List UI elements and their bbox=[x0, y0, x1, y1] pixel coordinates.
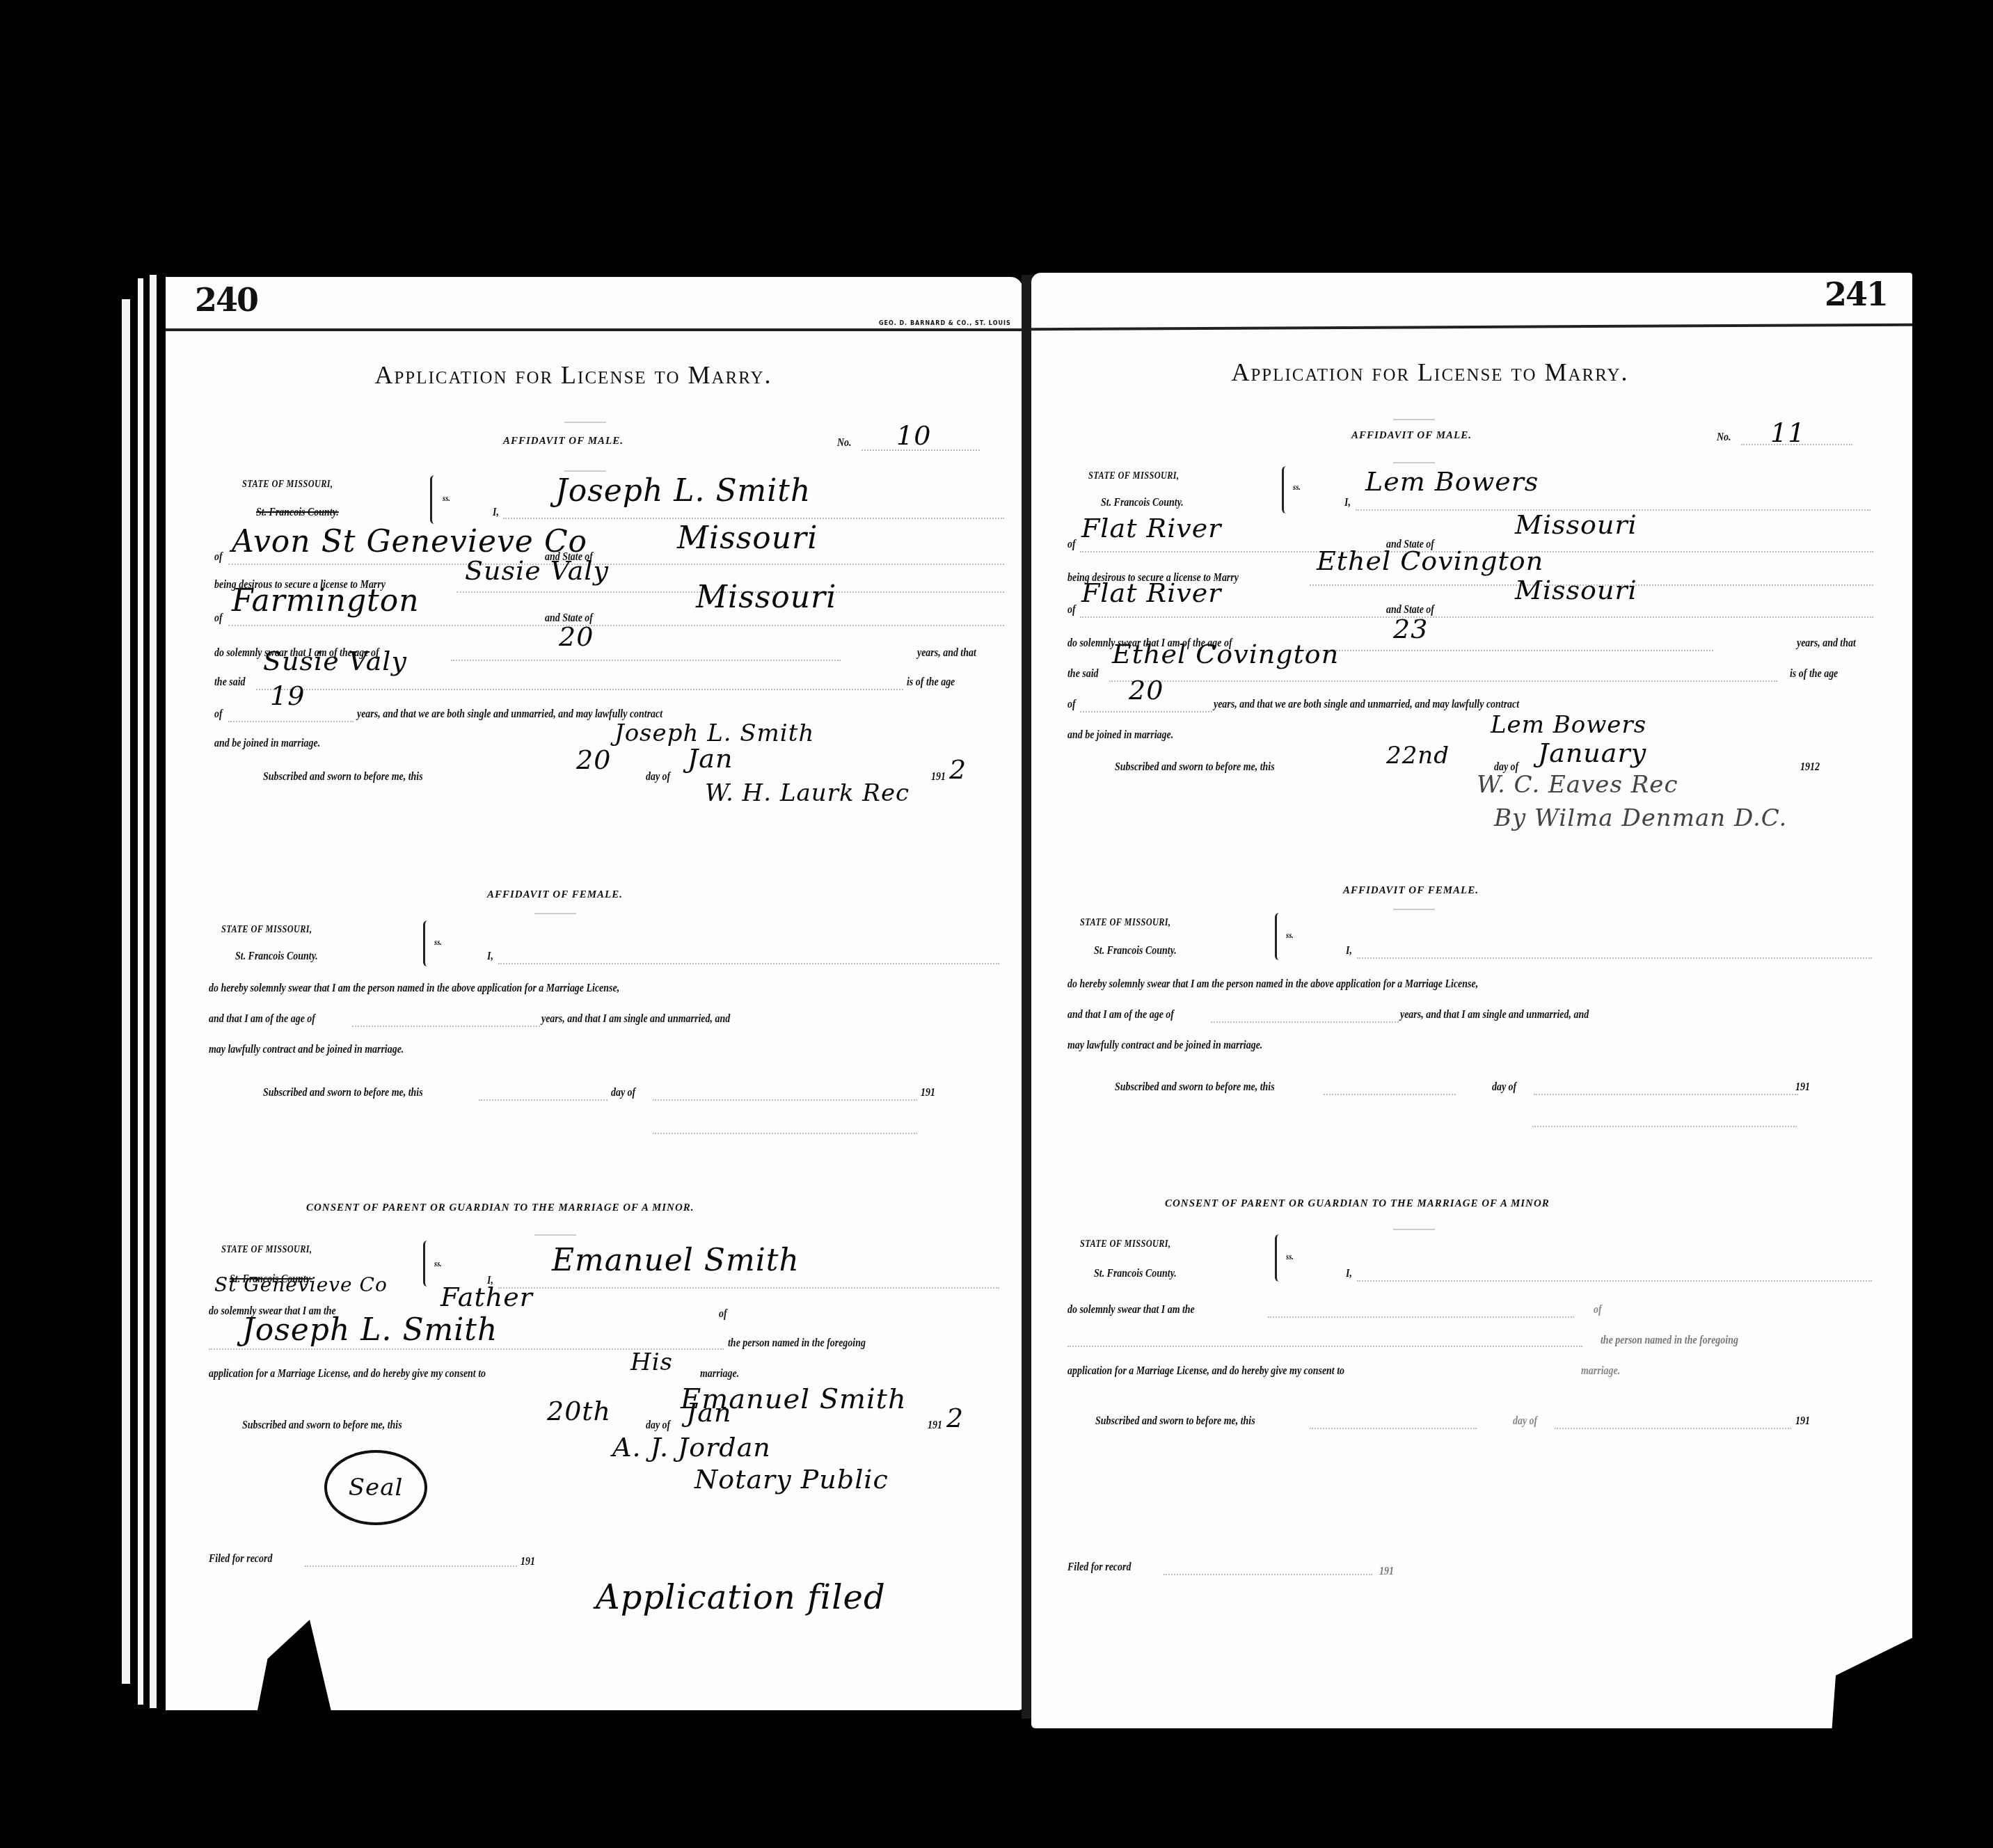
day-of-label: day of bbox=[1513, 1414, 1537, 1428]
month-field-line bbox=[1534, 1094, 1798, 1095]
pronoun: His bbox=[630, 1348, 673, 1376]
bride-residence: Farmington bbox=[232, 583, 420, 619]
said-field-line bbox=[256, 689, 903, 690]
recorder-signature: W. C. Eaves Rec bbox=[1477, 771, 1678, 799]
of-label: of bbox=[1067, 603, 1076, 616]
state-label: STATE OF MISSOURI, bbox=[242, 479, 333, 491]
ss-label: ss. bbox=[1293, 481, 1301, 493]
seal-text: Seal bbox=[349, 1474, 404, 1501]
day-of-label: day of bbox=[646, 770, 670, 783]
bracket bbox=[423, 921, 434, 966]
age-field-line bbox=[451, 660, 841, 661]
subscribed-text: Subscribed and sworn to before me, this bbox=[1095, 1414, 1255, 1428]
minor-field-line bbox=[1067, 1346, 1582, 1347]
said-name: Ethel Covington bbox=[1112, 639, 1339, 669]
county-written: St Genevieve Co bbox=[214, 1273, 388, 1296]
county-label: St. Francois County. bbox=[235, 949, 318, 963]
the-said-label: the said bbox=[1067, 667, 1099, 680]
page-title: Application for License to Marry. bbox=[145, 360, 1002, 390]
notary-name: A. J. Jordan bbox=[612, 1432, 771, 1463]
page-number: 240 bbox=[195, 281, 257, 319]
state-label: STATE OF MISSOURI, bbox=[1088, 470, 1180, 482]
subscribed-text: Subscribed and sworn to before me, this bbox=[1115, 760, 1275, 774]
the-said-label: the said bbox=[214, 675, 246, 689]
divider bbox=[534, 913, 576, 914]
bracket bbox=[430, 475, 440, 524]
sworn-day: 20th bbox=[547, 1396, 611, 1426]
year-prefix: 191 bbox=[1795, 1080, 1810, 1094]
person-named-text: the person named in the foregoing bbox=[1601, 1333, 1738, 1347]
divider bbox=[1393, 462, 1435, 463]
bride-residence-line bbox=[228, 625, 1004, 626]
marriage-label: marriage. bbox=[1581, 1364, 1620, 1378]
sworn-month: Jan bbox=[688, 743, 733, 774]
oath-line-2a: and that I am of the age of bbox=[209, 1012, 315, 1026]
bride-age: 20 bbox=[1129, 675, 1164, 706]
divider bbox=[534, 1234, 576, 1236]
application-text: application for a Marriage License, and … bbox=[1067, 1364, 1344, 1378]
subscribed-text: Subscribed and sworn to before me, this bbox=[242, 1418, 402, 1432]
name-field-line bbox=[1357, 957, 1872, 959]
day-field-line bbox=[1324, 1094, 1456, 1095]
applicant-signature: Lem Bowers bbox=[1491, 711, 1646, 739]
filed-date-line bbox=[1164, 1574, 1372, 1575]
is-of-age-label: is of the age bbox=[907, 675, 955, 689]
said-field-line bbox=[1109, 680, 1777, 682]
deputy-signature: By Wilma Denman D.C. bbox=[1494, 804, 1787, 832]
bride-age-line bbox=[228, 721, 354, 722]
person-named-text: the person named in the foregoing bbox=[728, 1336, 866, 1350]
name-field-line bbox=[1357, 1280, 1872, 1282]
county-label: St. Francois County. bbox=[1094, 1266, 1177, 1280]
is-of-age-label: is of the age bbox=[1790, 667, 1838, 680]
ledger-page-left: 240 GEO. D. BARNARD & CO., ST. LOUIS App… bbox=[166, 277, 1023, 1710]
state-label: STATE OF MISSOURI, bbox=[1080, 917, 1171, 929]
marriage-label: marriage. bbox=[700, 1367, 739, 1380]
ss-label: ss. bbox=[1286, 930, 1294, 941]
application-text: application for a Marriage License, and … bbox=[209, 1367, 486, 1380]
torn-page-corner bbox=[256, 1620, 333, 1717]
year-prefix: 191 bbox=[931, 770, 946, 783]
bride-residence: Flat River bbox=[1081, 577, 1221, 608]
subscribed-text: Subscribed and sworn to before me, this bbox=[1115, 1080, 1275, 1094]
state-label: STATE OF MISSOURI, bbox=[221, 1244, 312, 1256]
years-and-that: years, and that bbox=[1797, 636, 1856, 650]
applicant-residence: Avon St Genevieve Co bbox=[232, 524, 587, 559]
applicant-state: Missouri bbox=[677, 520, 818, 556]
year-suffix: 2 bbox=[949, 754, 967, 785]
section-heading-male: Affidavit of Male. bbox=[503, 436, 624, 447]
day-field-line bbox=[479, 1099, 608, 1101]
oath-line-1: do hereby solemnly swear that I am the p… bbox=[1067, 977, 1478, 991]
joined-text: and be joined in marriage. bbox=[1067, 728, 1173, 742]
said-name: Susie Valy bbox=[263, 646, 407, 676]
bride-name: Susie Valy bbox=[465, 555, 609, 586]
applicant-age: 20 bbox=[559, 621, 594, 652]
county-label: St. Francois County. bbox=[256, 505, 339, 519]
subscribed-text: Subscribed and sworn to before me, this bbox=[263, 1085, 423, 1099]
divider bbox=[1393, 1229, 1435, 1230]
age-field-line bbox=[1211, 1021, 1399, 1023]
bride-state: Missouri bbox=[1515, 575, 1637, 605]
i-label: I, bbox=[487, 949, 493, 963]
recorder-signature: W. H. Laurk Rec bbox=[705, 779, 910, 807]
sworn-day: 20 bbox=[576, 744, 611, 775]
oath-line-1: do hereby solemnly swear that I am the p… bbox=[209, 981, 619, 995]
divider bbox=[1393, 909, 1435, 910]
bride-residence-line bbox=[1080, 616, 1873, 618]
page-title: Application for License to Marry. bbox=[990, 358, 1871, 387]
sworn-year: 1912 bbox=[1800, 760, 1820, 774]
divider bbox=[564, 422, 606, 423]
divider bbox=[1393, 419, 1435, 420]
record-number: 11 bbox=[1770, 417, 1805, 448]
single-text: years, and that we are both single and u… bbox=[357, 707, 662, 721]
page-number: 241 bbox=[1825, 276, 1887, 313]
age-field-line bbox=[352, 1026, 540, 1027]
applicant-state: Missouri bbox=[1515, 509, 1637, 540]
notary-seal-mark: Seal bbox=[324, 1450, 427, 1525]
ledger-page-right: 241 Application for License to Marry. Af… bbox=[1031, 273, 1912, 1728]
year-prefix: 191 bbox=[1795, 1414, 1810, 1428]
year-prefix: 191 bbox=[921, 1085, 935, 1099]
number-label: No. bbox=[837, 436, 852, 449]
filed-note: Application filed bbox=[596, 1578, 886, 1617]
ss-label: ss. bbox=[434, 1258, 442, 1269]
applicant-name: Lem Bowers bbox=[1365, 466, 1539, 497]
oath-line-3: may lawfully contract and be joined in m… bbox=[1067, 1038, 1262, 1052]
of-label: of bbox=[214, 550, 223, 564]
age-field-line bbox=[1303, 650, 1713, 651]
ss-label: ss. bbox=[434, 937, 442, 948]
filed-label: Filed for record bbox=[1067, 1560, 1131, 1574]
county-label: St. Francois County. bbox=[1094, 943, 1177, 957]
name-field-line bbox=[498, 963, 999, 964]
of-label: of bbox=[719, 1307, 727, 1321]
section-heading-male: Affidavit of Male. bbox=[1351, 430, 1472, 442]
of-label: of bbox=[1067, 697, 1076, 711]
bracket bbox=[1275, 913, 1285, 960]
ss-label: ss. bbox=[443, 493, 450, 504]
filed-year-prefix: 191 bbox=[521, 1554, 535, 1568]
applicant-age: 23 bbox=[1393, 614, 1428, 644]
bride-name: Ethel Covington bbox=[1317, 545, 1543, 576]
i-label: I, bbox=[1346, 1266, 1352, 1280]
swear-text: do solemnly swear that I am the bbox=[1067, 1303, 1195, 1316]
header-rule bbox=[1031, 324, 1912, 331]
year-prefix: 191 bbox=[928, 1418, 942, 1432]
record-number: 10 bbox=[896, 420, 931, 451]
bracket bbox=[423, 1241, 434, 1287]
day-of-label: day of bbox=[1492, 1080, 1516, 1094]
officer-line bbox=[1532, 1126, 1797, 1127]
filed-label: Filed for record bbox=[209, 1552, 272, 1566]
publisher-imprint: GEO. D. BARNARD & CO., ST. LOUIS bbox=[879, 320, 1011, 326]
of-label: of bbox=[214, 611, 223, 625]
bracket bbox=[1282, 466, 1292, 513]
divider bbox=[564, 470, 606, 472]
sworn-day: 22nd bbox=[1386, 742, 1450, 770]
name-field-line bbox=[503, 518, 1004, 519]
page-edge-stack bbox=[122, 299, 130, 1684]
filed-year-prefix: 191 bbox=[1379, 1564, 1394, 1578]
of-label: of bbox=[1594, 1303, 1602, 1316]
county-label: St. Francois County. bbox=[1101, 495, 1184, 509]
parent-name: Emanuel Smith bbox=[552, 1243, 800, 1278]
oath-line-2a: and that I am of the age of bbox=[1067, 1007, 1174, 1021]
bride-age-line bbox=[1080, 711, 1212, 712]
bracket bbox=[1275, 1234, 1285, 1282]
minor-name: Joseph L. Smith bbox=[242, 1312, 498, 1348]
page-edge-stack bbox=[138, 278, 143, 1705]
oath-line-2b: years, and that I am single and unmarrie… bbox=[1400, 1007, 1589, 1021]
ss-label: ss. bbox=[1286, 1251, 1294, 1262]
applicant-residence: Flat River bbox=[1081, 513, 1221, 543]
number-label: No. bbox=[1717, 430, 1731, 444]
curled-page-corner bbox=[1832, 1636, 1915, 1734]
oath-line-2b: years, and that I am single and unmarrie… bbox=[541, 1012, 730, 1026]
state-label: STATE OF MISSOURI, bbox=[221, 924, 312, 936]
notary-title: Notary Public bbox=[694, 1464, 889, 1495]
of-label: of bbox=[1067, 537, 1076, 551]
filed-date-line bbox=[305, 1566, 517, 1567]
officer-line bbox=[653, 1133, 917, 1134]
bride-state: Missouri bbox=[696, 580, 836, 615]
page-edge-stack bbox=[150, 275, 157, 1708]
section-heading-consent: Consent of Parent or Guardian to the Mar… bbox=[1165, 1198, 1550, 1210]
i-label: I, bbox=[493, 505, 499, 519]
month-field-line bbox=[653, 1099, 917, 1101]
month-field-line bbox=[1555, 1428, 1791, 1429]
year-suffix: 2 bbox=[946, 1403, 964, 1433]
header-rule bbox=[166, 328, 1023, 331]
subscribed-text: Subscribed and sworn to before me, this bbox=[263, 770, 423, 783]
bride-age: 19 bbox=[270, 680, 305, 711]
sworn-month: January bbox=[1538, 738, 1646, 768]
day-field-line bbox=[1310, 1428, 1477, 1429]
of-label: of bbox=[214, 707, 223, 721]
applicant-name: Joseph L. Smith bbox=[555, 473, 811, 509]
name-field-line bbox=[498, 1287, 999, 1289]
day-of-label: day of bbox=[646, 1418, 670, 1432]
years-and-that: years, and that bbox=[917, 646, 976, 660]
section-heading-female: Affidavit of Female. bbox=[487, 889, 623, 901]
day-of-label: day of bbox=[611, 1085, 635, 1099]
state-label: STATE OF MISSOURI, bbox=[1080, 1238, 1171, 1250]
single-text: years, and that we are both single and u… bbox=[1214, 697, 1519, 711]
relation: Father bbox=[440, 1282, 533, 1312]
section-heading-consent: Consent of Parent or Guardian to the Mar… bbox=[306, 1202, 694, 1214]
section-heading-female: Affidavit of Female. bbox=[1343, 885, 1479, 897]
residence-field-line bbox=[228, 564, 1004, 565]
i-label: I, bbox=[1344, 495, 1351, 509]
oath-line-3: may lawfully contract and be joined in m… bbox=[209, 1042, 404, 1056]
joined-text: and be joined in marriage. bbox=[214, 736, 320, 750]
i-label: I, bbox=[1346, 943, 1352, 957]
relation-field-line bbox=[1268, 1316, 1574, 1318]
sworn-month: Jan bbox=[686, 1397, 731, 1428]
